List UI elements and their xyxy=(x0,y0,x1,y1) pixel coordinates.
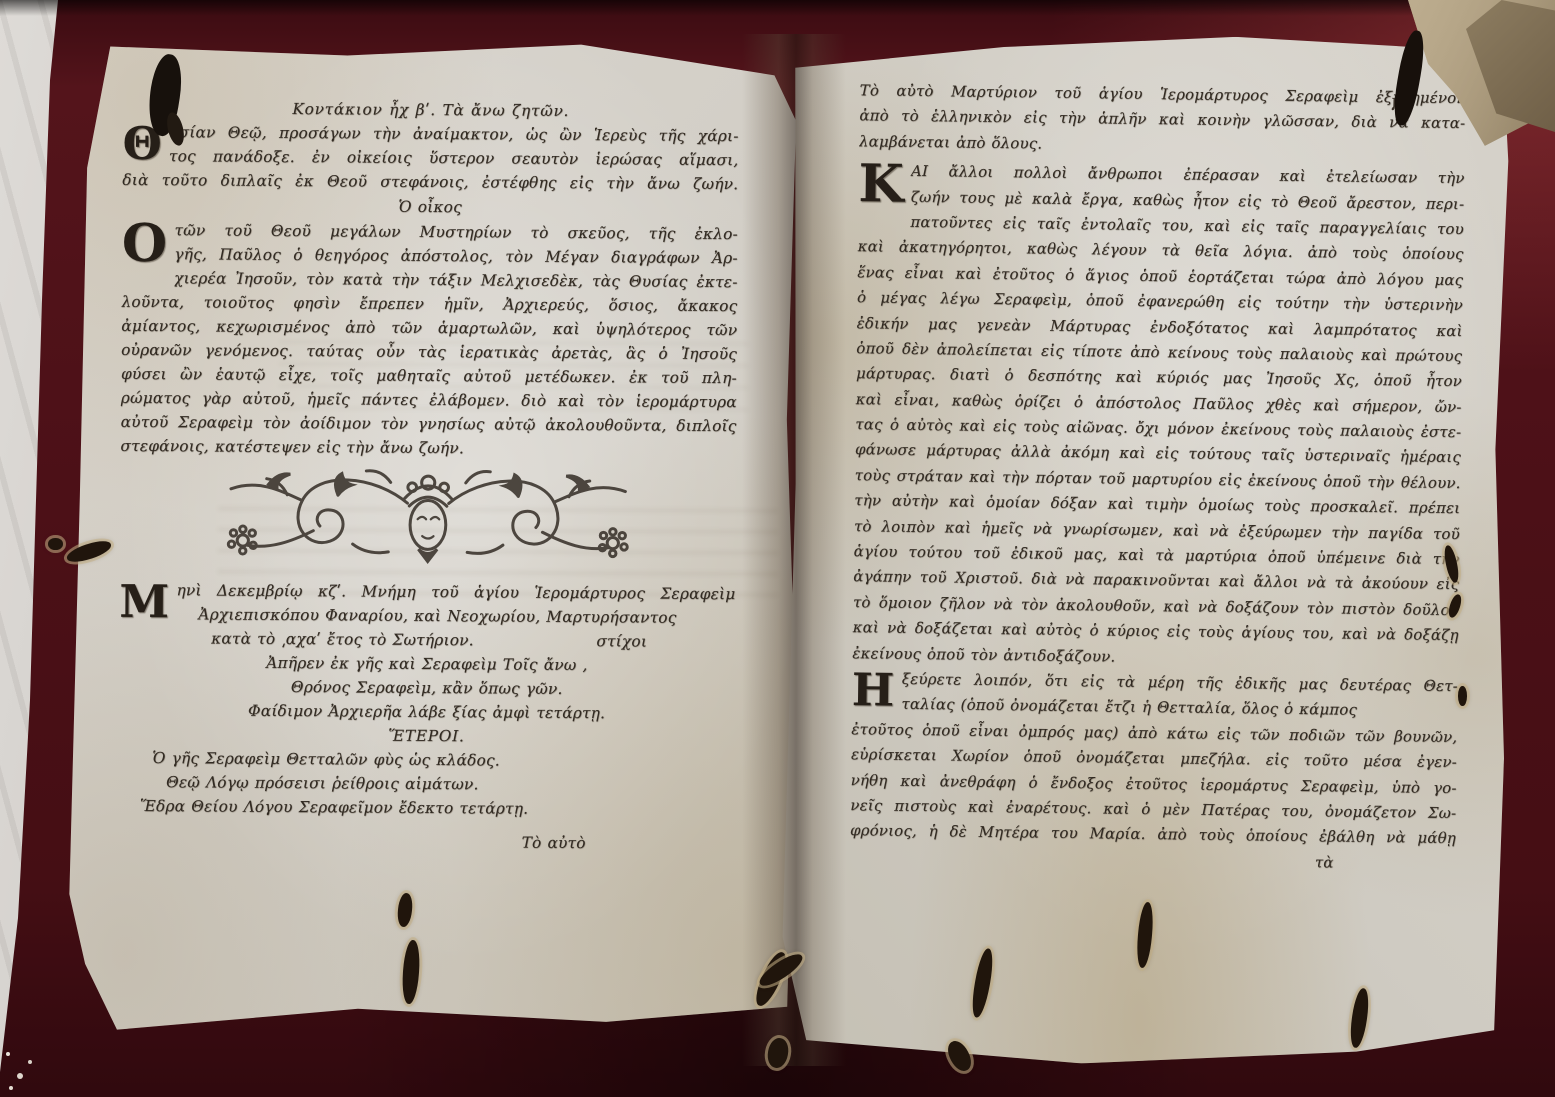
text-line: διὰ τοῦτο διπλαῖς ἐκ Θεοῦ στεφάνοις, ἐστ… xyxy=(122,168,738,196)
paint-specks xyxy=(6,1052,10,1056)
wormhole xyxy=(1458,686,1467,706)
right-page-text: Τὸ αὐτὸ Μαρτύριον τοῦ ἁγίου Ἱερομάρτυρος… xyxy=(850,78,1466,877)
photo-open-antique-book: Κοντάκιον ἦχ βʹ. Τὰ ἄνω ζητῶν. Θ υσίαν Θ… xyxy=(0,0,1555,1097)
drop-cap-kappa: Κ xyxy=(858,158,911,210)
martyrion-paragraph-1: Κ ΑΙ ἄλλοι πολλοὶ ἄνθρωποι ἐπέρασαν καὶ … xyxy=(852,158,1465,674)
stichoi-label: στίχοι xyxy=(596,629,647,653)
text-line-with-stichoi: κατὰ τὸ ͵αχαʹ ἔτος τὸ Σωτήριον. στίχοι xyxy=(119,626,735,654)
drop-cap-eta: Η xyxy=(852,666,902,714)
kontakion-paragraph: Θ υσίαν Θεῷ, προσάγων τὴν ἀναίμακτον, ὡς… xyxy=(122,120,738,196)
floral-headpiece-ornament xyxy=(120,460,737,576)
text-line: στεφάνοις, κατέστεψεν εἰς τὴν ἄνω ζωήν. xyxy=(120,434,736,462)
synaxarion-date-line: κατὰ τὸ ͵αχαʹ ἔτος τὸ Σωτήριον. xyxy=(211,626,474,652)
catchword: Τὸ αὐτὸ xyxy=(118,828,734,856)
left-page: Κοντάκιον ἦχ βʹ. Τὰ ἄνω ζητῶν. Θ υσίαν Θ… xyxy=(66,38,800,1036)
drop-cap-mu: Μ xyxy=(119,578,176,625)
ornament-left-half xyxy=(228,470,407,555)
martyrion-paragraph-2: Η ξεύρετε λοιπόν, ὅτι εἰς τὰ μέρη τῆς ἐδ… xyxy=(850,666,1458,852)
verse-line: Ἕδρα Θείου Λόγου Σεραφεῖμον ἔδεκτο τετάρ… xyxy=(118,794,734,822)
oikos-paragraph: Ο τῶν τοῦ Θεοῦ μεγάλων Μυστηρίων τὸ σκεῦ… xyxy=(120,218,738,462)
cover-top-shadow xyxy=(0,0,1555,16)
wormhole xyxy=(48,538,63,550)
ornament-center-mask xyxy=(404,476,452,562)
left-page-text: Κοντάκιον ἦχ βʹ. Τὰ ἄνω ζητῶν. Θ υσίαν Θ… xyxy=(118,96,739,856)
drop-cap-omicron: Ο xyxy=(122,218,175,269)
synaxarion-paragraph: Μ ηνὶ Δεκεμβρίῳ κζʹ. Μνήμη τοῦ ἁγίου Ἱερ… xyxy=(119,578,735,654)
